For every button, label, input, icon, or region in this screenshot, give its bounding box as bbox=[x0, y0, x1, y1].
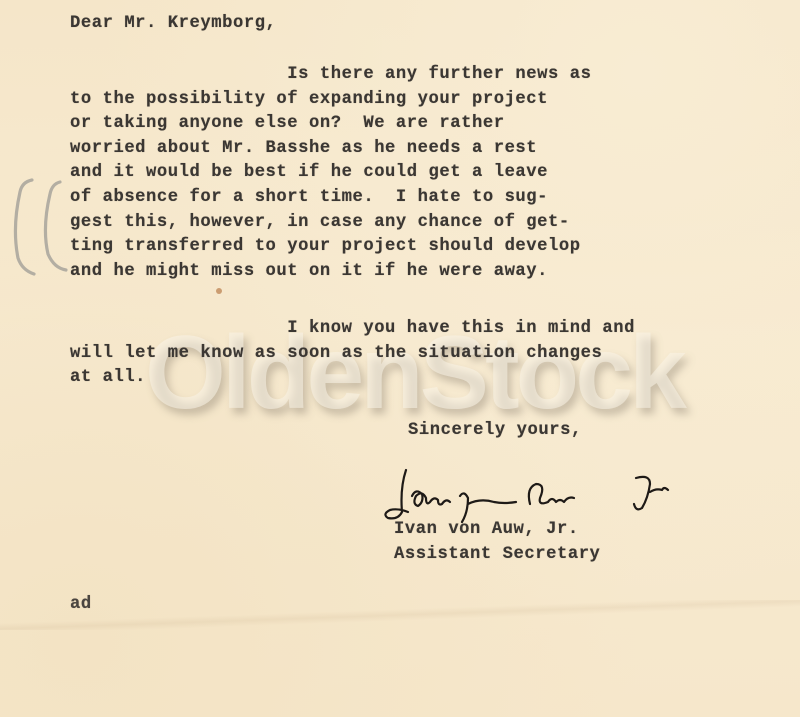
paragraph-line: and it would be best if he could get a l… bbox=[70, 163, 548, 182]
salutation: Dear Mr. Kreymborg, bbox=[70, 12, 276, 37]
paper-crease bbox=[0, 600, 800, 630]
paragraph-1: Is there any further news as to the poss… bbox=[70, 63, 591, 284]
paragraph-line: will let me know as soon as the situatio… bbox=[70, 344, 602, 363]
paragraph-line: Is there any further news as bbox=[70, 65, 591, 84]
signatory-title: Assistant Secretary bbox=[394, 543, 600, 568]
paragraph-line: of absence for a short time. I hate to s… bbox=[70, 188, 548, 207]
paragraph-2: I know you have this in mind and will le… bbox=[70, 317, 635, 391]
paragraph-line: worried about Mr. Basshe as he needs a r… bbox=[70, 139, 537, 158]
paragraph-line: or taking anyone else on? We are rather bbox=[70, 114, 505, 133]
signatory-name: Ivan von Auw, Jr. bbox=[394, 518, 579, 543]
paragraph-line: to the possibility of expanding your pro… bbox=[70, 90, 548, 109]
paper-stain bbox=[216, 288, 222, 294]
paragraph-line: I know you have this in mind and bbox=[70, 319, 635, 338]
paragraph-line: at all. bbox=[70, 368, 146, 387]
paragraph-line: and he might miss out on it if he were a… bbox=[70, 262, 548, 281]
closing: Sincerely yours, bbox=[408, 419, 582, 444]
paragraph-line: gest this, however, in case any chance o… bbox=[70, 213, 570, 232]
reference-initials: ad bbox=[70, 593, 92, 618]
pencil-margin-mark-icon bbox=[8, 178, 68, 278]
paragraph-line: ting transferred to your project should … bbox=[70, 237, 581, 256]
